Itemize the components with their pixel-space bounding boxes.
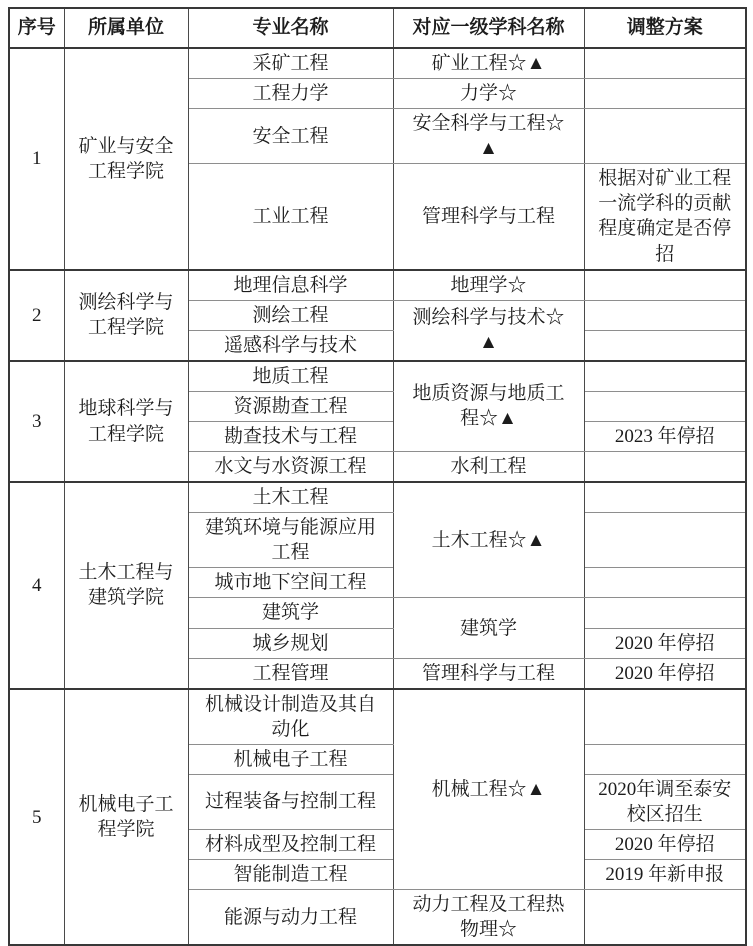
discipline-cell: 地理学☆ [393,270,584,301]
plan-cell [584,452,746,483]
discipline-cell: 建筑学 [393,598,584,658]
major-cell: 过程装备与控制工程 [188,774,393,829]
major-cell: 城市地下空间工程 [188,568,393,598]
major-cell: 安全工程 [188,109,393,164]
table-row: 5 机械电子工 程学院 机械设计制造及其自 动化 机械工程☆▲ [9,689,746,745]
header-col-major: 专业名称 [188,8,393,48]
discipline-cell: 力学☆ [393,79,584,109]
table-row: 2 测绘科学与 工程学院 地理信息科学 地理学☆ [9,270,746,301]
unit-cell: 测绘科学与 工程学院 [64,270,188,361]
discipline-cell: 水利工程 [393,452,584,483]
plan-cell [584,689,746,745]
major-cell: 建筑学 [188,598,393,628]
plan-cell [584,48,746,79]
table-row: 3 地球科学与 工程学院 地质工程 地质资源与地质工 程☆▲ [9,361,746,392]
plan-cell [584,513,746,568]
unit-cell: 土木工程与 建筑学院 [64,482,188,689]
plan-cell: 2019 年新申报 [584,860,746,890]
discipline-cell: 测绘科学与技术☆ ▲ [393,300,584,361]
plan-cell: 根据对矿业工程 一流学科的贡献 程度确定是否停 招 [584,164,746,270]
major-cell: 能源与动力工程 [188,890,393,946]
plan-cell [584,330,746,361]
major-cell: 机械设计制造及其自 动化 [188,689,393,745]
plan-cell [584,744,746,774]
section-no-cell: 1 [9,48,64,270]
major-cell: 采矿工程 [188,48,393,79]
plan-cell [584,300,746,330]
major-cell: 土木工程 [188,482,393,513]
plan-cell: 2023 年停招 [584,422,746,452]
header-row: 序号 所属单位 专业名称 对应一级学科名称 调整方案 [9,8,746,48]
major-cell: 材料成型及控制工程 [188,830,393,860]
major-cell: 建筑环境与能源应用 工程 [188,513,393,568]
plan-cell [584,482,746,513]
major-cell: 地理信息科学 [188,270,393,301]
unit-cell: 矿业与安全 工程学院 [64,48,188,270]
discipline-cell: 动力工程及工程热 物理☆ [393,890,584,946]
major-cell: 智能制造工程 [188,860,393,890]
unit-cell: 机械电子工 程学院 [64,689,188,946]
plan-cell [584,890,746,946]
major-cell: 工程力学 [188,79,393,109]
section-no-cell: 5 [9,689,64,946]
document-page: 序号 所属单位 专业名称 对应一级学科名称 调整方案 1 矿业与安全 工程学院 … [0,0,753,920]
plan-cell [584,568,746,598]
major-cell: 机械电子工程 [188,744,393,774]
discipline-cell: 管理科学与工程 [393,658,584,689]
major-cell: 测绘工程 [188,300,393,330]
discipline-cell: 土木工程☆▲ [393,482,584,598]
header-col-discipline: 对应一级学科名称 [393,8,584,48]
plan-cell [584,391,746,421]
discipline-cell: 地质资源与地质工 程☆▲ [393,361,584,452]
header-col-unit: 所属单位 [64,8,188,48]
unit-cell: 地球科学与 工程学院 [64,361,188,482]
plan-cell: 2020 年停招 [584,628,746,658]
major-cell: 城乡规划 [188,628,393,658]
major-cell: 工业工程 [188,164,393,270]
discipline-cell: 安全科学与工程☆ ▲ [393,109,584,164]
plan-cell: 2020 年停招 [584,658,746,689]
plan-cell: 2020 年停招 [584,830,746,860]
section-no-cell: 4 [9,482,64,689]
header-col-plan: 调整方案 [584,8,746,48]
plan-cell: 2020年调至泰安 校区招生 [584,774,746,829]
plan-cell [584,109,746,164]
discipline-cell: 管理科学与工程 [393,164,584,270]
discipline-cell: 矿业工程☆▲ [393,48,584,79]
table-row: 1 矿业与安全 工程学院 采矿工程 矿业工程☆▲ [9,48,746,79]
major-cell: 地质工程 [188,361,393,392]
table-row: 4 土木工程与 建筑学院 土木工程 土木工程☆▲ [9,482,746,513]
major-cell: 遥感科学与技术 [188,330,393,361]
plan-cell [584,79,746,109]
majors-adjustment-table: 序号 所属单位 专业名称 对应一级学科名称 调整方案 1 矿业与安全 工程学院 … [8,7,747,946]
plan-cell [584,598,746,628]
section-no-cell: 3 [9,361,64,482]
discipline-cell: 机械工程☆▲ [393,689,584,890]
header-col-no: 序号 [9,8,64,48]
major-cell: 工程管理 [188,658,393,689]
major-cell: 资源勘查工程 [188,391,393,421]
major-cell: 勘查技术与工程 [188,422,393,452]
major-cell: 水文与水资源工程 [188,452,393,483]
plan-cell [584,270,746,301]
section-no-cell: 2 [9,270,64,361]
plan-cell [584,361,746,392]
